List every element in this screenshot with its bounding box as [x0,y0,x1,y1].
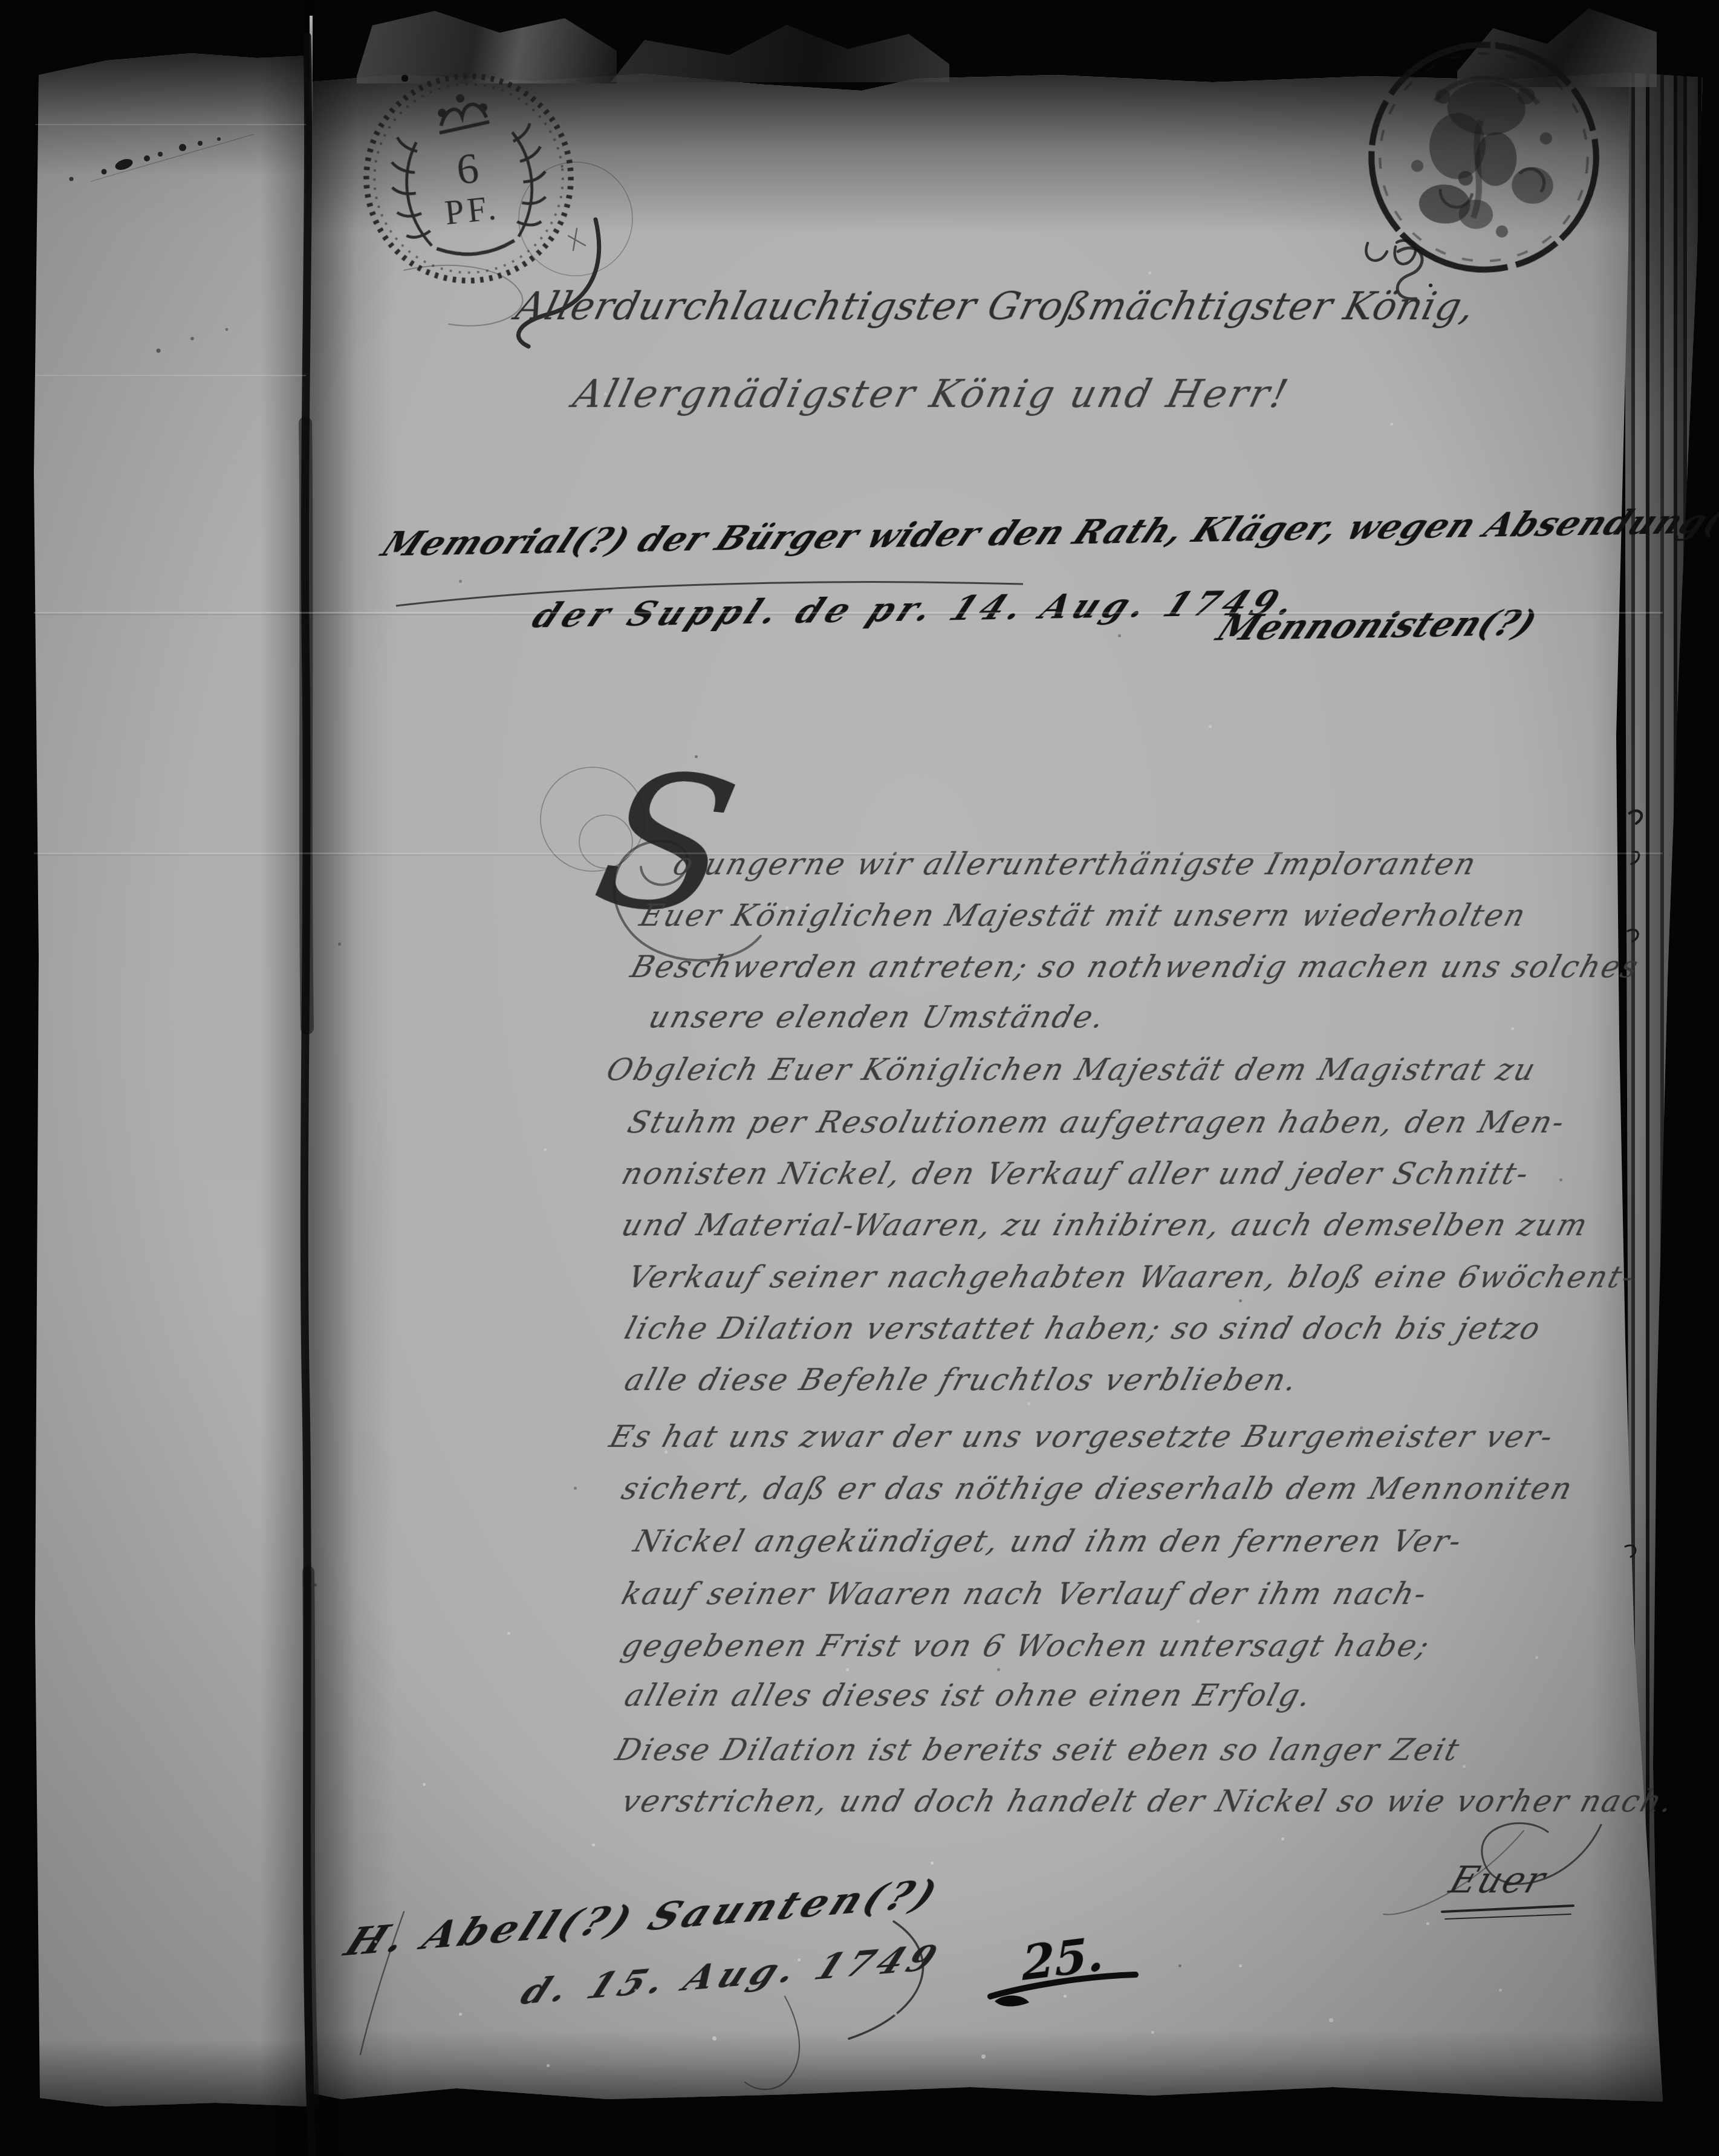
gutter-fold-line [304,36,313,2156]
manuscript-line: gegebenen Frist von 6 Wochen untersagt h… [618,1628,1435,1663]
manuscript-line: Obgleich Euer Königlichen Majestät dem M… [603,1052,1541,1087]
salutation-line: Allergnädigster König und Herr! [569,372,1295,417]
manuscript-line: nonisten Nickel, den Verkauf aller und j… [618,1156,1535,1191]
manuscript-line: unsere elenden Umstände. [645,999,1111,1034]
stamp-unit-text: PF. [443,189,501,232]
folio-number: 25. [1022,1926,1104,1992]
manuscript-line: allein alles dieses ist ohne einen Erfol… [621,1678,1317,1713]
manuscript-line: alle diese Befehle fruchtlos verblieben. [621,1362,1303,1397]
docket-side-word: Mennonisten(?) [1210,602,1544,649]
manuscript-line: Beschwerden antreten; so nothwendig mach… [627,949,1644,984]
manuscript-line: und Material-Waaren, zu inhibiren, auch … [618,1207,1593,1242]
catchword: Euer [1444,1859,1552,1901]
fold-crease [34,612,1663,614]
revenue-stamp-graphic: 6 PF. [342,52,595,305]
archival-scan: 6 PF. [0,0,1719,2156]
manuscript-line: liche Dilation verstattet haben; so sind… [621,1311,1546,1346]
manuscript-line: o ungerne wir allerunterthänigste Implor… [669,846,1482,882]
manuscript-line: Diese Dilation ist bereits seit eben so … [612,1732,1465,1767]
revenue-stamp-6pf: 6 PF. [342,52,595,305]
left-page-crease [35,124,306,125]
manuscript-line: Stuhm per Resolutionem aufgetragen haben… [624,1105,1570,1140]
manuscript-line: Euer Königlichen Majestät mit unsern wie… [636,898,1532,933]
manuscript-line: sichert, daß er das nöthige dieserhalb d… [618,1471,1578,1506]
fore-edge-ink-marks [1625,811,1642,1557]
wax-seal [1356,29,1613,286]
manuscript-line: Nickel angekündiget, und ihm den fernere… [630,1524,1467,1559]
crown-icon [436,93,490,133]
catchword-underline [1442,1906,1573,1919]
manuscript-line: verstrichen, und doch handelt der Nickel… [618,1784,1679,1819]
salutation-line: Allerdurchlauchtigster Großmächtigster K… [512,284,1480,329]
stamp-value-text: 6 [454,143,481,193]
ink-blot [995,1995,1029,2006]
left-page-crease [35,375,306,376]
ink-splotches [70,134,255,353]
wax-seal-graphic [1356,29,1613,286]
manuscript-line: Es hat uns zwar der uns vorgesetzte Burg… [606,1419,1559,1454]
fold-crease [34,852,1663,854]
manuscript-line: kauf seiner Waaren nach Verlauf der ihm … [618,1576,1432,1611]
manuscript-line: Verkauf seiner nachgehabten Waaren, bloß… [624,1259,1640,1294]
